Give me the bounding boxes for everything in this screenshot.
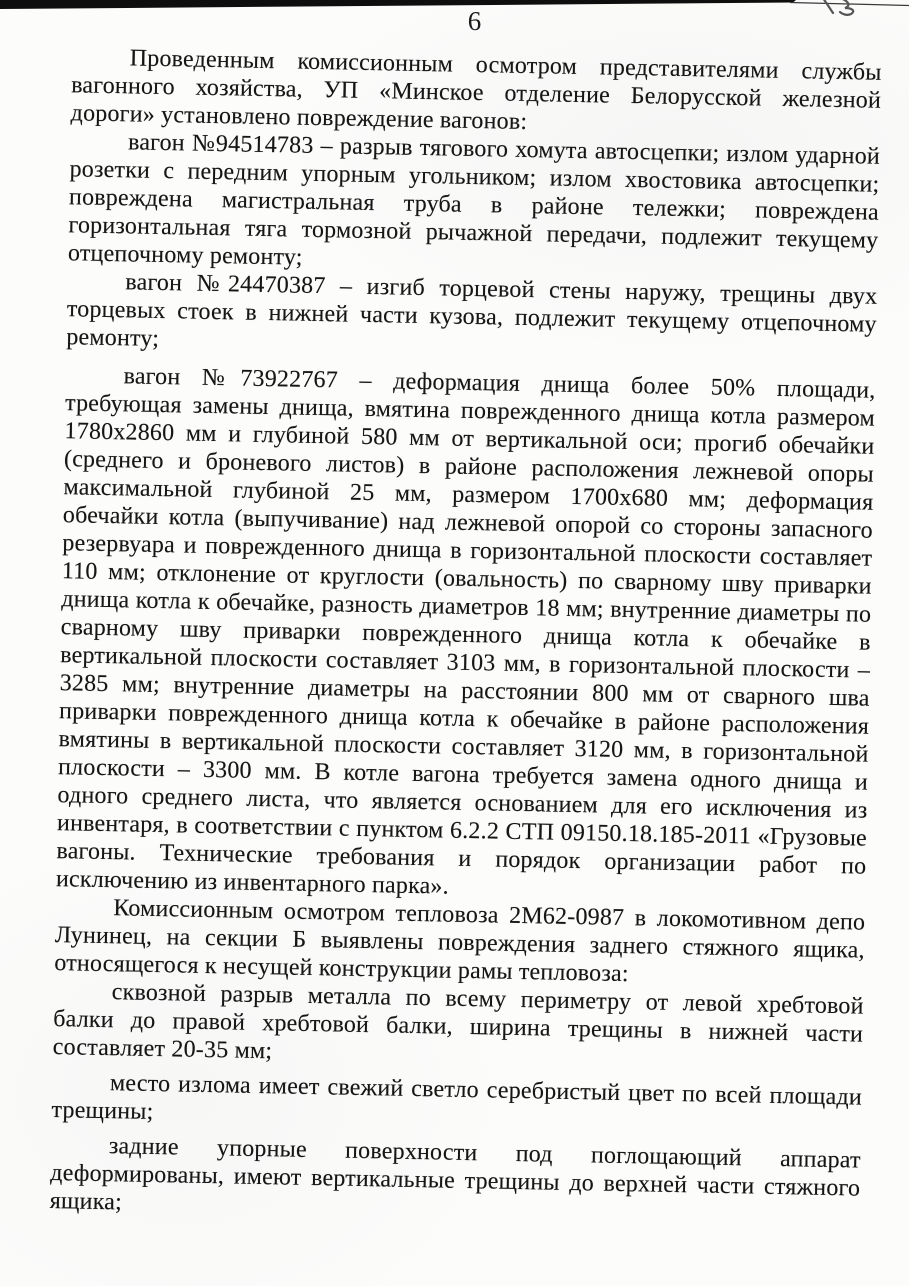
document-body: Проведенным комиссионным осмотром предст… [50, 43, 882, 1230]
paragraph-wagon-73922767: вагон №73922767 – деформация днища более… [56, 361, 876, 908]
paragraph-fracture-color: место излома имеет свежий светло серебри… [51, 1068, 862, 1140]
page-number: 6 [380, 6, 570, 37]
paragraph-intro: Проведенным комиссионным осмотром предст… [70, 43, 881, 143]
scan-edge-thin-line [790, 3, 909, 6]
scanned-document-page: 6 Проведенным комиссионным осмотром пред… [0, 0, 909, 1286]
paragraph-wagon-94514783: вагон №94514783 – разрыв тягового хомута… [68, 127, 881, 283]
handwritten-pen-mark-icon [823, 0, 853, 15]
paragraph-locomotive-2M62-0987: Комиссионным осмотром тепловоза 2М62-098… [54, 893, 865, 993]
paragraph-wagon-24470387: вагон №24470387 – изгиб торцевой стены н… [66, 267, 877, 367]
paragraph-crack-through: сквозной разрыв металла по всему перимет… [52, 977, 863, 1077]
paragraph-rear-stop-surfaces: задние упорные поверхности под поглощающ… [50, 1131, 861, 1231]
